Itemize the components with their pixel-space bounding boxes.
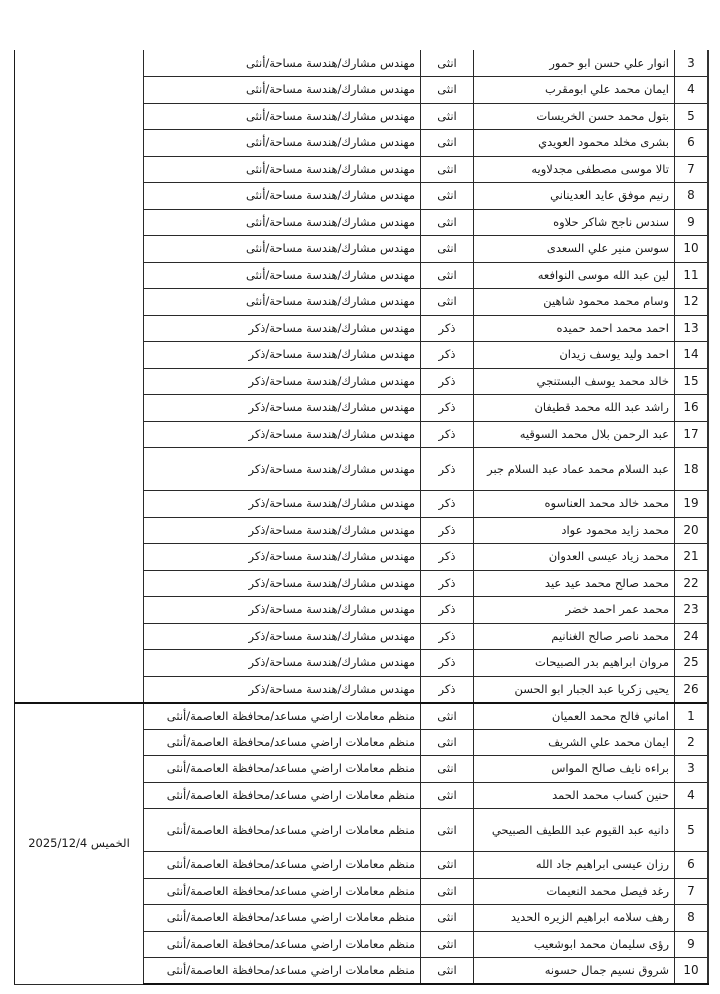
candidate-name: عبد السلام محمد عماد عبد السلام جبر: [474, 448, 675, 491]
candidate-name: ايمان محمد علي ابومقرب: [474, 77, 675, 104]
job-title-cell: مهندس مشارك/هندسة مساحة/ذكر: [144, 623, 421, 650]
row-number: 26: [675, 676, 709, 703]
row-number: 3: [675, 50, 709, 77]
section-land-transactions: 1اماني فالح محمد العميانانثىمنظم معاملات…: [15, 703, 709, 985]
candidate-name: محمد عمر احمد خضر: [474, 597, 675, 624]
job-title-cell: مهندس مشارك/هندسة مساحة/ذكر: [144, 544, 421, 571]
job-title-cell: مهندس مشارك/هندسة مساحة/ذكر: [144, 368, 421, 395]
candidate-name: انوار علي حسن ابو حمور: [474, 50, 675, 77]
gender-cell: انثى: [421, 782, 474, 809]
candidate-name: محمد ناصر صالح الغنانيم: [474, 623, 675, 650]
candidate-name: اماني فالح محمد العميان: [474, 703, 675, 730]
gender-cell: ذكر: [421, 421, 474, 448]
row-number: 3: [675, 756, 709, 783]
job-title-cell: مهندس مشارك/هندسة مساحة/ذكر: [144, 491, 421, 518]
row-number: 22: [675, 570, 709, 597]
gender-cell: ذكر: [421, 448, 474, 491]
gender-cell: ذكر: [421, 676, 474, 703]
job-title-cell: منظم معاملات اراضي مساعد/محافظة العاصمة/…: [144, 958, 421, 985]
row-number: 19: [675, 491, 709, 518]
job-title-cell: منظم معاملات اراضي مساعد/محافظة العاصمة/…: [144, 878, 421, 905]
gender-cell: انثى: [421, 156, 474, 183]
gender-cell: انثى: [421, 878, 474, 905]
row-number: 6: [675, 852, 709, 879]
row-number: 15: [675, 368, 709, 395]
candidate-name: محمد زياد عيسى العدوان: [474, 544, 675, 571]
row-number: 6: [675, 130, 709, 157]
candidate-name: احمد محمد احمد حميده: [474, 315, 675, 342]
row-number: 11: [675, 262, 709, 289]
job-title-cell: مهندس مشارك/هندسة مساحة/ذكر: [144, 448, 421, 491]
gender-cell: انثى: [421, 236, 474, 263]
gender-cell: ذكر: [421, 342, 474, 369]
row-number: 12: [675, 289, 709, 316]
job-title-cell: مهندس مشارك/هندسة مساحة/أنثى: [144, 262, 421, 289]
candidate-name: رزان عيسى ابراهيم جاد الله: [474, 852, 675, 879]
candidate-name: سوسن منير علي السعدى: [474, 236, 675, 263]
gender-cell: انثى: [421, 209, 474, 236]
table-row: 1اماني فالح محمد العميانانثىمنظم معاملات…: [15, 703, 709, 730]
job-title-cell: منظم معاملات اراضي مساعد/محافظة العاصمة/…: [144, 809, 421, 852]
row-number: 10: [675, 236, 709, 263]
candidate-name: ايمان محمد علي الشريف: [474, 729, 675, 756]
candidate-name: شروق نسيم جمال حسونه: [474, 958, 675, 985]
gender-cell: انثى: [421, 77, 474, 104]
gender-cell: ذكر: [421, 368, 474, 395]
row-number: 1: [675, 703, 709, 730]
candidate-table-sheet: 3انوار علي حسن ابو حمورانثىمهندس مشارك/ه…: [14, 50, 706, 985]
job-title-cell: منظم معاملات اراضي مساعد/محافظة العاصمة/…: [144, 852, 421, 879]
job-title-cell: مهندس مشارك/هندسة مساحة/أنثى: [144, 156, 421, 183]
gender-cell: انثى: [421, 130, 474, 157]
row-number: 21: [675, 544, 709, 571]
gender-cell: انثى: [421, 905, 474, 932]
job-title-cell: مهندس مشارك/هندسة مساحة/ذكر: [144, 676, 421, 703]
gender-cell: انثى: [421, 103, 474, 130]
job-title-cell: مهندس مشارك/هندسة مساحة/أنثى: [144, 130, 421, 157]
gender-cell: ذكر: [421, 623, 474, 650]
table-row: 3انوار علي حسن ابو حمورانثىمهندس مشارك/ه…: [15, 50, 709, 77]
gender-cell: انثى: [421, 183, 474, 210]
row-number: 24: [675, 623, 709, 650]
gender-cell: انثى: [421, 703, 474, 730]
row-number: 10: [675, 958, 709, 985]
row-number: 7: [675, 878, 709, 905]
candidate-name: دانيه عبد القيوم عبد اللطيف الصبيحي: [474, 809, 675, 852]
row-number: 23: [675, 597, 709, 624]
job-title-cell: منظم معاملات اراضي مساعد/محافظة العاصمة/…: [144, 756, 421, 783]
job-title-cell: منظم معاملات اراضي مساعد/محافظة العاصمة/…: [144, 729, 421, 756]
candidate-name: رنيم موفق عايد العديناني: [474, 183, 675, 210]
candidate-name: حنين كساب محمد الحمد: [474, 782, 675, 809]
candidate-name: رهف سلامه ابراهيم الزيره الحديد: [474, 905, 675, 932]
row-number: 7: [675, 156, 709, 183]
row-number: 16: [675, 395, 709, 422]
candidate-name: تالا موسى مصطفى مجدلاويه: [474, 156, 675, 183]
row-number: 13: [675, 315, 709, 342]
row-number: 18: [675, 448, 709, 491]
gender-cell: انثى: [421, 289, 474, 316]
job-title-cell: منظم معاملات اراضي مساعد/محافظة العاصمة/…: [144, 931, 421, 958]
row-number: 25: [675, 650, 709, 677]
gender-cell: انثى: [421, 958, 474, 985]
candidate-name: راشد عبد الله محمد قطيفان: [474, 395, 675, 422]
job-title-cell: منظم معاملات اراضي مساعد/محافظة العاصمة/…: [144, 703, 421, 730]
candidate-name: رغد فيصل محمد النعيمات: [474, 878, 675, 905]
candidate-name: وسام محمد محمود شاهين: [474, 289, 675, 316]
gender-cell: انثى: [421, 729, 474, 756]
gender-cell: ذكر: [421, 517, 474, 544]
candidate-name: براءه نايف صالح المواس: [474, 756, 675, 783]
row-number: 2: [675, 729, 709, 756]
gender-cell: ذكر: [421, 491, 474, 518]
job-title-cell: مهندس مشارك/هندسة مساحة/أنثى: [144, 209, 421, 236]
job-title-cell: مهندس مشارك/هندسة مساحة/ذكر: [144, 517, 421, 544]
candidate-name: بتول محمد حسن الخريسات: [474, 103, 675, 130]
row-number: 14: [675, 342, 709, 369]
job-title-cell: مهندس مشارك/هندسة مساحة/ذكر: [144, 597, 421, 624]
gender-cell: انثى: [421, 262, 474, 289]
candidate-name: لين عبد الله موسى النوافعه: [474, 262, 675, 289]
gender-cell: ذكر: [421, 650, 474, 677]
job-title-cell: مهندس مشارك/هندسة مساحة/أنثى: [144, 103, 421, 130]
gender-cell: ذكر: [421, 597, 474, 624]
gender-cell: انثى: [421, 931, 474, 958]
candidate-name: عبد الرحمن بلال محمد السوقيه: [474, 421, 675, 448]
job-title-cell: مهندس مشارك/هندسة مساحة/ذكر: [144, 570, 421, 597]
gender-cell: انثى: [421, 50, 474, 77]
gender-cell: ذكر: [421, 544, 474, 571]
job-title-cell: منظم معاملات اراضي مساعد/محافظة العاصمة/…: [144, 905, 421, 932]
gender-cell: انثى: [421, 809, 474, 852]
candidate-name: محمد صالح محمد عيد عيد: [474, 570, 675, 597]
candidate-name: مروان ابراهيم بدر الصبيحات: [474, 650, 675, 677]
gender-cell: ذكر: [421, 315, 474, 342]
exam-date-cell: الخميس 2025/12/4: [15, 703, 144, 985]
candidate-name: خالد محمد يوسف البستنجي: [474, 368, 675, 395]
gender-cell: ذكر: [421, 570, 474, 597]
candidate-name: رؤى سليمان محمد ابوشعيب: [474, 931, 675, 958]
job-title-cell: مهندس مشارك/هندسة مساحة/ذكر: [144, 395, 421, 422]
candidate-name: بشرى مخلد محمود العويدي: [474, 130, 675, 157]
job-title-cell: مهندس مشارك/هندسة مساحة/ذكر: [144, 421, 421, 448]
candidate-name: سندس ناجح شاكر حلاوه: [474, 209, 675, 236]
job-title-cell: مهندس مشارك/هندسة مساحة/أنثى: [144, 77, 421, 104]
candidate-name: محمد زايد محمود عواد: [474, 517, 675, 544]
job-title-cell: مهندس مشارك/هندسة مساحة/أنثى: [144, 183, 421, 210]
section-survey-engineers: 3انوار علي حسن ابو حمورانثىمهندس مشارك/ه…: [15, 50, 709, 703]
exam-date-cell: [15, 50, 144, 703]
job-title-cell: منظم معاملات اراضي مساعد/محافظة العاصمة/…: [144, 782, 421, 809]
row-number: 9: [675, 209, 709, 236]
row-number: 5: [675, 103, 709, 130]
row-number: 4: [675, 782, 709, 809]
gender-cell: ذكر: [421, 395, 474, 422]
row-number: 20: [675, 517, 709, 544]
row-number: 17: [675, 421, 709, 448]
job-title-cell: مهندس مشارك/هندسة مساحة/أنثى: [144, 50, 421, 77]
job-title-cell: مهندس مشارك/هندسة مساحة/ذكر: [144, 650, 421, 677]
candidate-name: احمد وليد يوسف زيدان: [474, 342, 675, 369]
row-number: 9: [675, 931, 709, 958]
candidate-name: يحيى زكريا عبد الجبار ابو الحسن: [474, 676, 675, 703]
gender-cell: انثى: [421, 852, 474, 879]
row-number: 4: [675, 77, 709, 104]
gender-cell: انثى: [421, 756, 474, 783]
row-number: 8: [675, 183, 709, 210]
row-number: 5: [675, 809, 709, 852]
candidate-table: 3انوار علي حسن ابو حمورانثىمهندس مشارك/ه…: [14, 50, 709, 985]
job-title-cell: مهندس مشارك/هندسة مساحة/ذكر: [144, 315, 421, 342]
candidate-name: محمد خالد محمد العناسوه: [474, 491, 675, 518]
job-title-cell: مهندس مشارك/هندسة مساحة/أنثى: [144, 236, 421, 263]
job-title-cell: مهندس مشارك/هندسة مساحة/ذكر: [144, 342, 421, 369]
row-number: 8: [675, 905, 709, 932]
job-title-cell: مهندس مشارك/هندسة مساحة/أنثى: [144, 289, 421, 316]
